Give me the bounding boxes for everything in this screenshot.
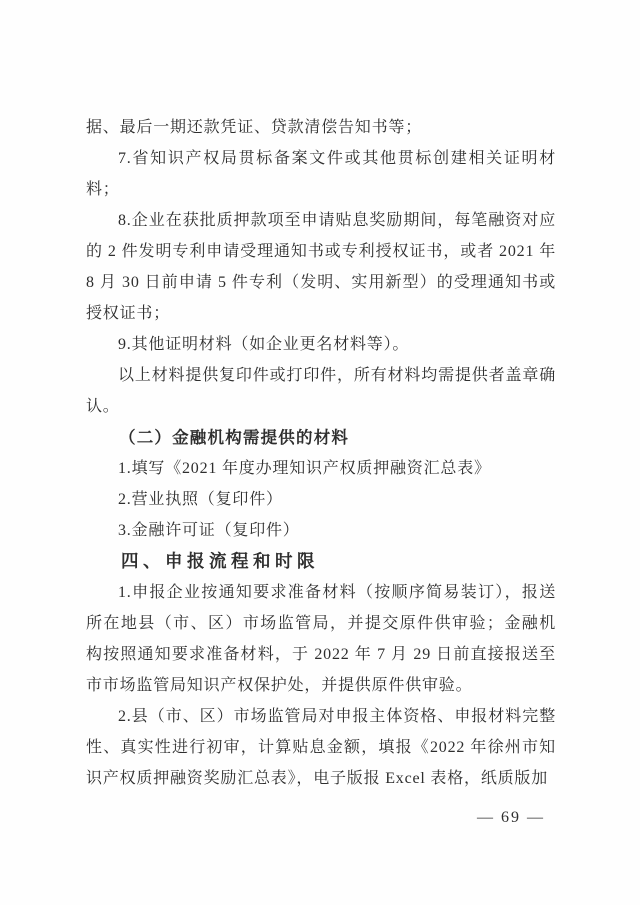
page-number: — 69 — [477,808,545,828]
paragraph: 7.省知识产权局贯标备案文件或其他贯标创建相关证明材料； [86,143,556,205]
paragraph: 以上材料提供复印件或打印件，所有材料均需提供者盖章确认。 [86,360,556,422]
paragraph: 1.填写《2021 年度办理知识产权质押融资汇总表》 [86,453,556,484]
paragraph: 四、申报流程和时限 [86,546,556,577]
paragraph: （二）金融机构需提供的材料 [86,422,556,453]
paragraph: 2.县（市、区）市场监管局对申报主体资格、申报材料完整性、真实性进行初审，计算贴… [86,701,556,794]
document-body: 据、最后一期还款凭证、贷款清偿告知书等；7.省知识产权局贯标备案文件或其他贯标创… [86,112,556,794]
paragraph: 据、最后一期还款凭证、贷款清偿告知书等； [86,112,556,143]
paragraph: 9.其他证明材料（如企业更名材料等）。 [86,329,556,360]
paragraph: 3.金融许可证（复印件） [86,515,556,546]
paragraph: 1.申报企业按通知要求准备材料（按顺序简易装订），报送所在地县（市、区）市场监管… [86,577,556,701]
paragraph: 2.营业执照（复印件） [86,484,556,515]
document-page: 据、最后一期还款凭证、贷款清偿告知书等；7.省知识产权局贯标备案文件或其他贯标创… [0,0,640,905]
paragraph: 8.企业在获批质押款项至申请贴息奖励期间，每笔融资对应的 2 件发明专利申请受理… [86,205,556,329]
